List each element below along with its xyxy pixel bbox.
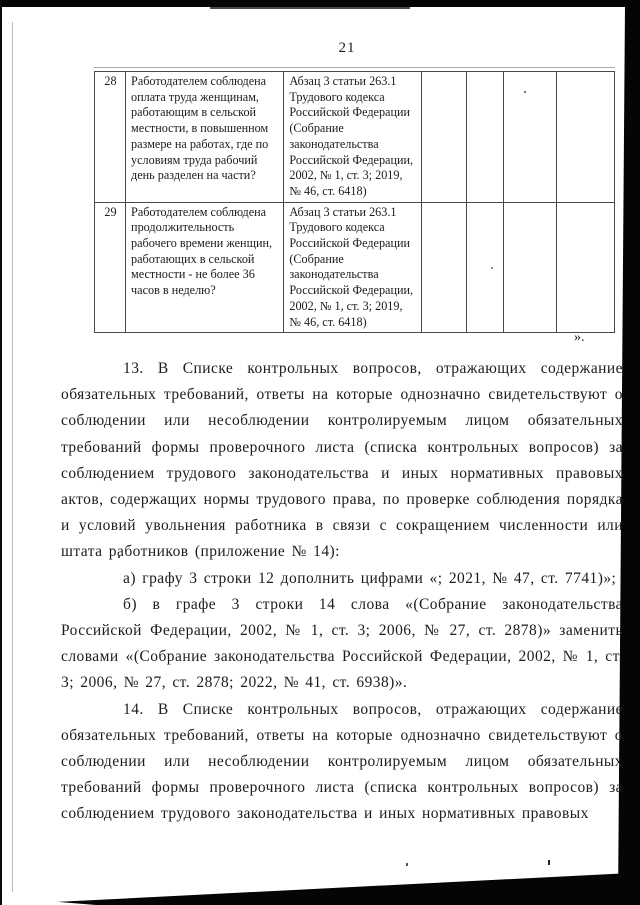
closing-quote-mark: ». [574,330,585,346]
row-number-cell: 29 [95,202,126,333]
scan-artifact-table-ghost-line [94,67,615,68]
scan-artifact-page-edge-line [12,22,13,892]
paragraph-13-subitem-b: б) в графе 3 строки 14 слова «(Собрание … [61,592,623,697]
scan-artifact-left-edge [0,0,2,905]
answer-cell [466,202,503,333]
scan-artifact-bottom-wedge [0,860,640,905]
paragraph-13: 13. В Списке контрольных вопросов, отраж… [61,356,623,566]
scan-artifact-top-bar-ragged [210,7,410,9]
row-number-cell: 28 [95,72,126,203]
table-row-29: 29 Работодателем соблюдена продолжительн… [95,202,615,333]
scan-artifact-top-bar [0,0,640,7]
reference-cell: Абзац 3 статьи 263.1 Трудового кодекса Р… [284,202,421,333]
answer-cell [556,202,614,333]
scan-speck [406,863,408,866]
page-number: 21 [327,40,367,57]
reference-cell: Абзац 3 статьи 263.1 Трудового кодекса Р… [284,72,421,203]
checklist-table: 28 Работодателем соблюдена оплата труда … [94,71,615,333]
answer-cell [556,72,614,203]
paragraph-14: 14. В Списке контрольных вопросов, отраж… [61,697,623,828]
document-body: 13. В Списке контрольных вопросов, отраж… [61,356,623,828]
table-row-28: 28 Работодателем соблюдена оплата труда … [95,72,615,203]
answer-cell [421,72,466,203]
question-cell: Работодателем соблюдена продолжительност… [126,202,284,333]
answer-cell [503,202,556,333]
answer-cell [421,202,466,333]
paragraph-13-subitem-a: а) графу 3 строки 12 дополнить цифрами «… [61,566,623,592]
answer-cell [466,72,503,203]
question-cell: Работодателем соблюдена оплата труда жен… [126,72,284,203]
answer-cell [503,72,556,203]
document-page: 21 28 Работодателем соблюдена оплата тру… [0,0,640,905]
scan-speck [548,860,550,865]
